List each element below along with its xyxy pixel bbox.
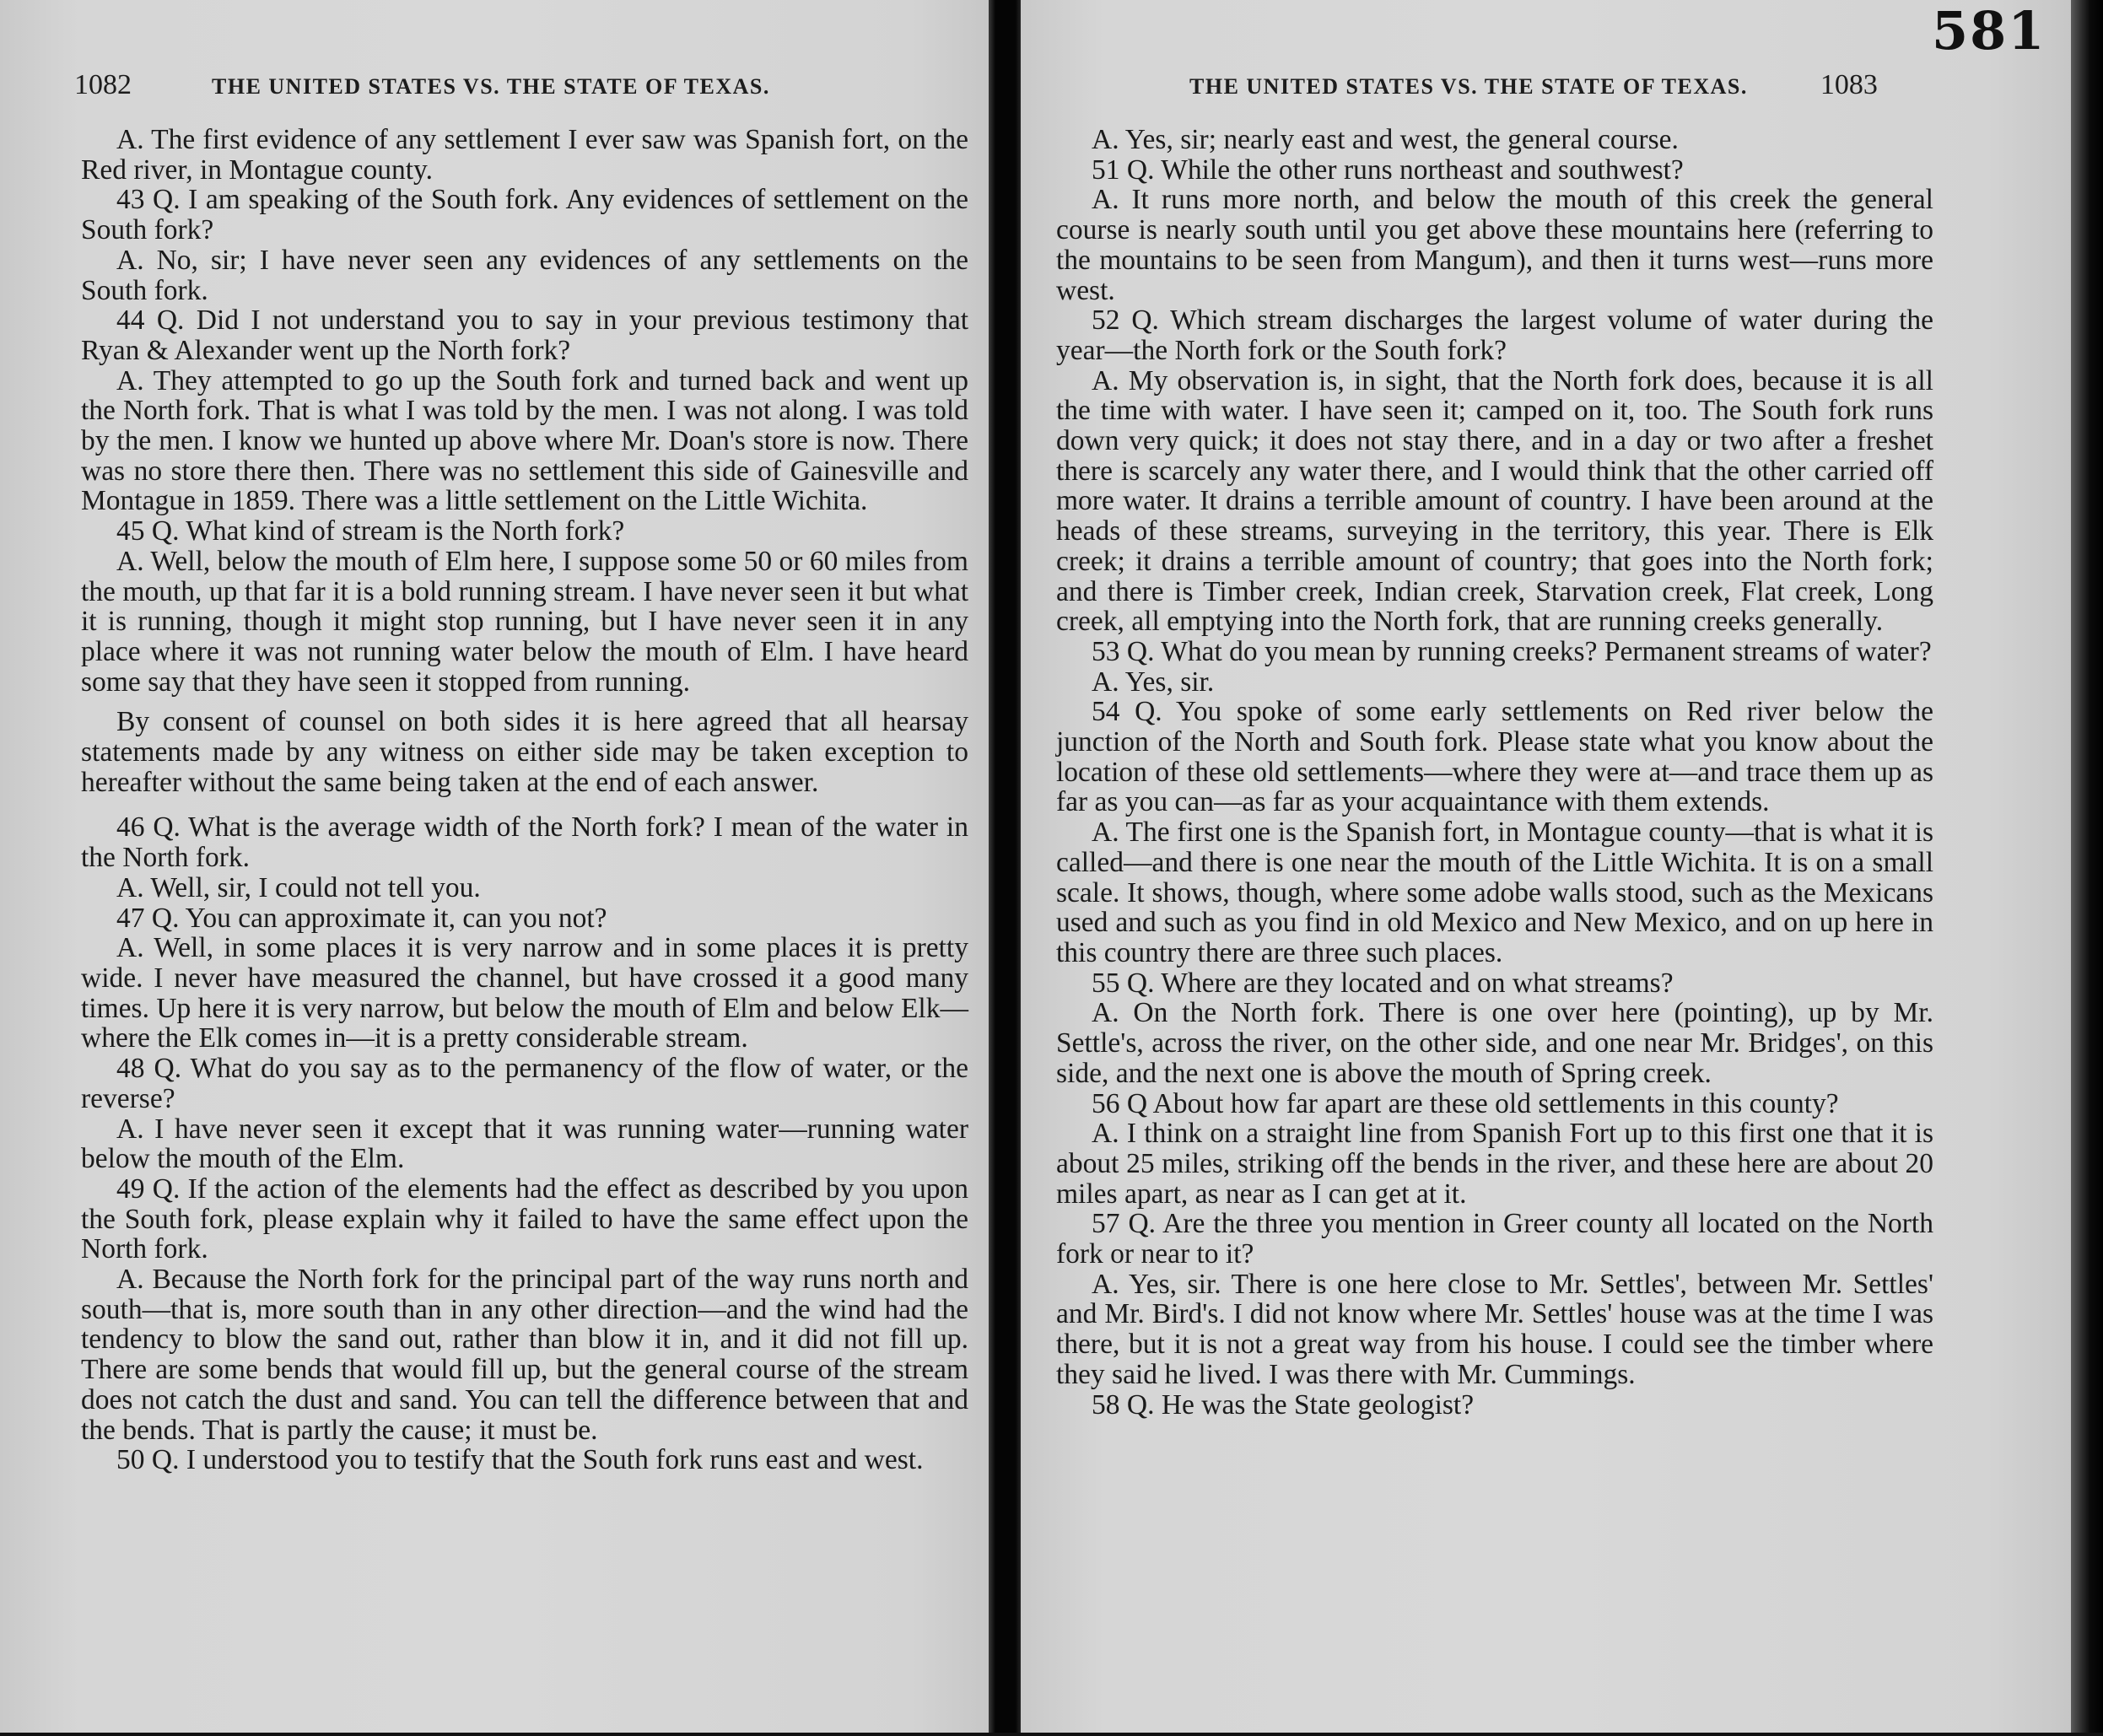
paragraph: A. Yes, sir; nearly east and west, the g…	[1056, 125, 1933, 155]
paragraph: A. I have never seen it except that it w…	[81, 1114, 968, 1174]
paragraph: 47 Q. You can approximate it, can you no…	[81, 903, 968, 934]
paragraph: 49 Q. If the action of the elements had …	[81, 1174, 968, 1264]
scan-border	[0, 1733, 2103, 1736]
paragraph: 46 Q. What is the average width of the N…	[81, 812, 968, 872]
right-running-header: THE UNITED STATES VS. THE STATE OF TEXAS…	[1189, 69, 1949, 103]
paragraph: 43 Q. I am speaking of the South fork. A…	[81, 185, 968, 245]
paragraph: 50 Q. I understood you to testify that t…	[81, 1445, 968, 1475]
stamp-page-number: 581	[1932, 0, 2046, 62]
right-page-body: A. Yes, sir; nearly east and west, the g…	[1056, 125, 1933, 1420]
paragraph: A. Yes, sir. There is one here close to …	[1056, 1270, 1933, 1390]
right-running-title: THE UNITED STATES VS. THE STATE OF TEXAS…	[1189, 74, 1748, 100]
paragraph: 48 Q. What do you say as to the permanen…	[81, 1054, 968, 1113]
paragraph: A. My observation is, in sight, that the…	[1056, 366, 1933, 637]
paragraph: 51 Q. While the other runs northeast and…	[1056, 155, 1933, 186]
paragraph: A. No, sir; I have never seen any eviden…	[81, 245, 968, 305]
paragraph: A. Well, in some places it is very narro…	[81, 933, 968, 1054]
left-page-body: A. The first evidence of any settlement …	[81, 125, 968, 1475]
right-folio: 1083	[1820, 69, 1878, 101]
paragraph: 54 Q. You spoke of some early settlement…	[1056, 697, 1933, 817]
paragraph: A. Well, below the mouth of Elm here, I …	[81, 547, 968, 698]
left-running-header: 1082 THE UNITED STATES VS. THE STATE OF …	[74, 69, 968, 103]
paragraph: 58 Q. He was the State geologist?	[1056, 1390, 1933, 1421]
paragraph: 44 Q. Did I not understand you to say in…	[81, 305, 968, 365]
paragraph: A. On the North fork. There is one over …	[1056, 998, 1933, 1088]
book-gutter	[989, 0, 1022, 1736]
stipulation-paragraph: By consent of counsel on both sides it i…	[81, 707, 968, 797]
page-edge-shadow	[2071, 0, 2103, 1736]
paragraph: A. The first one is the Spanish fort, in…	[1056, 817, 1933, 968]
paragraph: 55 Q. Where are they located and on what…	[1056, 968, 1933, 999]
left-folio: 1082	[74, 69, 132, 101]
paragraph: 56 Q About how far apart are these old s…	[1056, 1089, 1933, 1119]
paragraph: 57 Q. Are the three you mention in Greer…	[1056, 1209, 1933, 1269]
paragraph: 53 Q. What do you mean by running creeks…	[1056, 637, 1933, 667]
paragraph: A. The first evidence of any settlement …	[81, 125, 968, 185]
paragraph: A. Yes, sir.	[1056, 667, 1933, 698]
paragraph: A. It runs more north, and below the mou…	[1056, 185, 1933, 305]
paragraph: 45 Q. What kind of stream is the North f…	[81, 516, 968, 547]
paragraph: A. I think on a straight line from Spani…	[1056, 1119, 1933, 1209]
paragraph: A. Well, sir, I could not tell you.	[81, 873, 968, 903]
paragraph: A. They attempted to go up the South for…	[81, 366, 968, 517]
paragraph: A. Because the North fork for the princi…	[81, 1264, 968, 1445]
paragraph: 52 Q. Which stream discharges the larges…	[1056, 305, 1933, 365]
left-running-title: THE UNITED STATES VS. THE STATE OF TEXAS…	[212, 74, 770, 100]
